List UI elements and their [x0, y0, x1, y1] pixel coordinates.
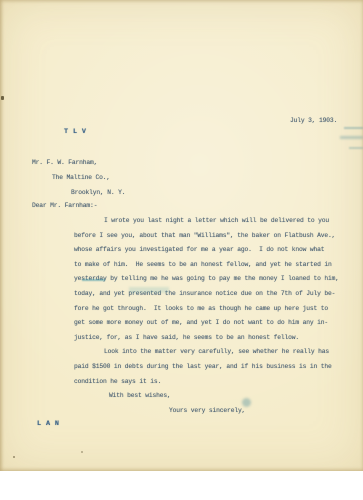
- body-line: Look into the matter very carefully, see…: [74, 345, 354, 360]
- paper-speck: [13, 456, 15, 458]
- recipient-company: The Maltine Co.,: [52, 174, 110, 181]
- closing-wishes-line: With best wishes,: [74, 389, 354, 404]
- scanned-letter: July 3, 1903. T L V Mr. F. W. Farnham, T…: [0, 0, 363, 500]
- letter-paper: July 3, 1903. T L V Mr. F. W. Farnham, T…: [0, 0, 363, 471]
- salutation: Dear Mr. Farnham:-: [32, 202, 97, 209]
- body-line: condition he says it is.: [74, 375, 354, 390]
- scanner-background: [0, 471, 363, 500]
- body-line: yesterday by telling me he was going to …: [74, 272, 354, 287]
- body-line: today, and yet presented the insurance n…: [74, 287, 354, 302]
- body-line: to make of him. He seems to be an honest…: [74, 258, 354, 273]
- paper-speck: [1, 96, 4, 100]
- ink-streak: [349, 147, 363, 149]
- ink-streak: [344, 127, 363, 129]
- ink-streak: [340, 136, 363, 139]
- signoff-line: Yours very sincerely,: [74, 404, 354, 419]
- recipient-city: Brooklyn, N. Y.: [71, 189, 125, 196]
- body-line: I wrote you last night a letter which wi…: [74, 214, 354, 229]
- body-line: justice, for, as I have said, he seems t…: [74, 331, 354, 346]
- body-line: paid $1500 in debts during the last year…: [74, 360, 354, 375]
- body-line: whose affairs you investigated for me a …: [74, 243, 354, 258]
- paper-speck: [81, 451, 83, 453]
- letter-date: July 3, 1903.: [290, 117, 337, 124]
- body-line: fore he got through. It looks to me as t…: [74, 302, 354, 317]
- letter-body: I wrote you last night a letter which wi…: [74, 214, 354, 418]
- reference-initials: T L V: [64, 128, 86, 136]
- body-line: get some more money out of me, and yet I…: [74, 316, 354, 331]
- recipient-name: Mr. F. W. Farnham,: [32, 159, 97, 166]
- body-line: before I see you, about that man "Willia…: [74, 229, 354, 244]
- typist-initials: L A N: [37, 420, 59, 428]
